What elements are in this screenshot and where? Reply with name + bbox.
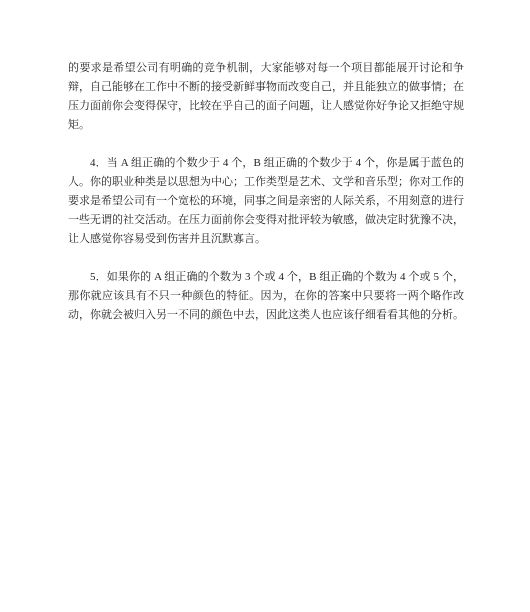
paragraph-continuation: 的要求是希望公司有明确的竞争机制，大家能够对每一个项目都能展开讨论和争辩，自己能… <box>68 59 464 135</box>
paragraph-item-5: 5．如果你的 A 组正确的个数为 3 个或 4 个，B 组正确的个数为 4 个或… <box>68 268 464 325</box>
document-page: 的要求是希望公司有明确的竞争机制，大家能够对每一个项目都能展开讨论和争辩，自己能… <box>68 59 464 325</box>
paragraph-item-4: 4．当 A 组正确的个数少于 4 个，B 组正确的个数少于 4 个，你是属于蓝色… <box>68 154 464 249</box>
